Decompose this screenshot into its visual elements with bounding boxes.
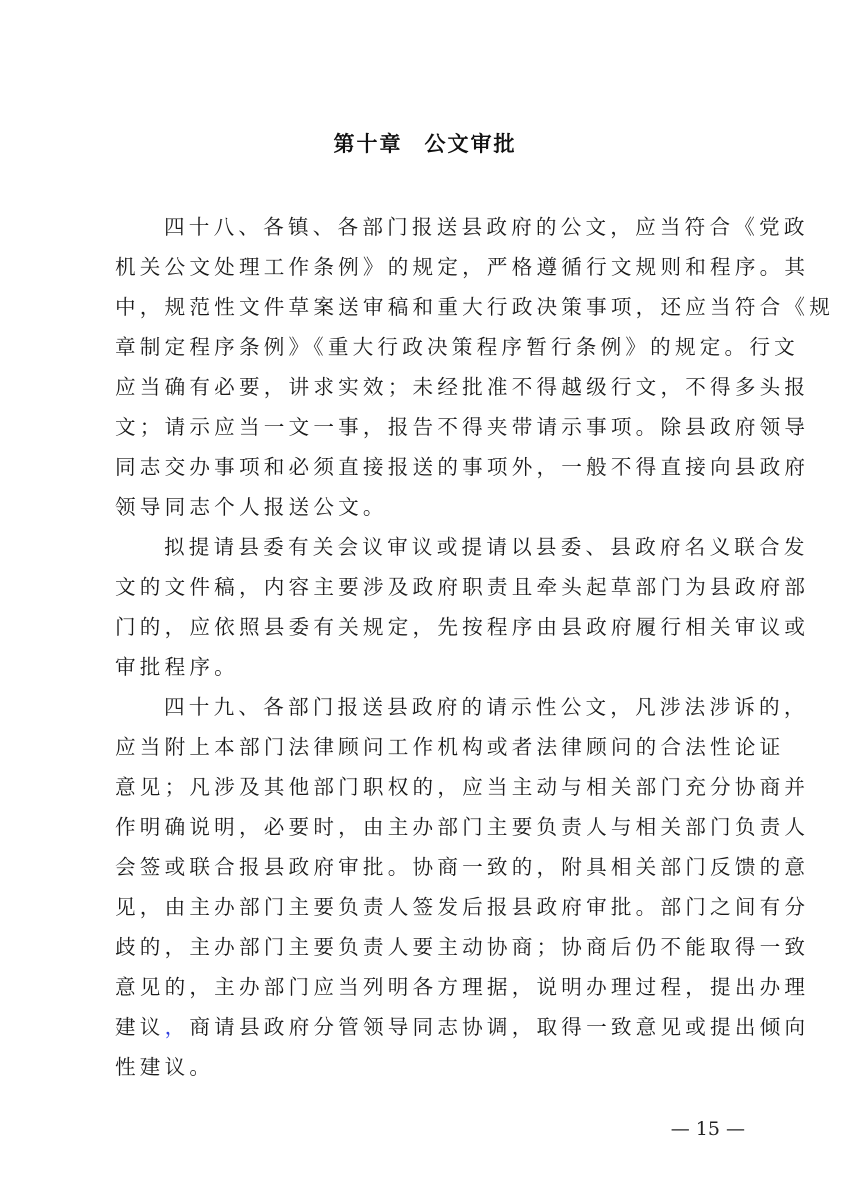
page-number: — 15 — (671, 1118, 745, 1140)
text-line: 中，规范性文件草案送审稿和重大行政决策事项，还应当符合《规 (115, 287, 747, 327)
text-line: 歧的，主办部门主要负责人要主动协商；协商后仍不能取得一致 (115, 927, 747, 967)
text-line: 作明确说明，必要时，由主办部门主要负责人与相关部门负责人 (115, 807, 747, 847)
text-line: 会签或联合报县政府审批。协商一致的，附具相关部门反馈的意 (115, 847, 747, 887)
text-line: 四十八、各镇、各部门报送县政府的公文，应当符合《党政 (115, 207, 747, 247)
text-line: 文；请示应当一文一事，报告不得夹带请示事项。除县政府领导 (115, 407, 747, 447)
text-line: 应当附上本部门法律顾问工作机构或者法律顾问的合法性论证 (115, 727, 747, 767)
text-line: 见，由主办部门主要负责人签发后报县政府审批。部门之间有分 (115, 887, 747, 927)
text-line: 审批程序。 (115, 647, 747, 687)
text-line: 同志交办事项和必须直接报送的事项外，一般不得直接向县政府 (115, 447, 747, 487)
chapter-name: 公文审批 (425, 132, 517, 156)
chapter-title: 第十章公文审批 (0, 128, 850, 158)
text-line: 领导同志个人报送公文。 (115, 487, 747, 527)
text-line: 四十九、各部门报送县政府的请示性公文，凡涉法涉诉的， (115, 687, 747, 727)
paragraph-49: 四十九、各部门报送县政府的请示性公文，凡涉法涉诉的， 应当附上本部门法律顾问工作… (115, 687, 747, 1087)
paragraph-48: 四十八、各镇、各部门报送县政府的公文，应当符合《党政 机关公文处理工作条例》的规… (115, 207, 747, 527)
document-page: 第十章公文审批 四十八、各镇、各部门报送县政府的公文，应当符合《党政 机关公文处… (0, 0, 850, 1200)
text-fragment: 建议 (115, 1015, 165, 1039)
text-line: 拟提请县委有关会议审议或提请以县委、县政府名义联合发 (115, 527, 747, 567)
text-line: 意见的，主办部门应当列明各方理据，说明办理过程，提出办理 (115, 967, 747, 1007)
text-line: 性建议。 (115, 1047, 747, 1087)
paragraph-joint-submission: 拟提请县委有关会议审议或提请以县委、县政府名义联合发 文的文件稿，内容主要涉及政… (115, 527, 747, 687)
chapter-number: 第十章 (334, 132, 403, 156)
text-line: 意见；凡涉及其他部门职权的，应当主动与相关部门充分协商并 (115, 767, 747, 807)
highlighted-comma: ， (165, 1015, 190, 1039)
text-line: 门的，应依照县委有关规定，先按程序由县政府履行相关审议或 (115, 607, 747, 647)
body-text: 四十八、各镇、各部门报送县政府的公文，应当符合《党政 机关公文处理工作条例》的规… (115, 207, 747, 1087)
text-line: 章制定程序条例》《重大行政决策程序暂行条例》的规定。行文 (115, 327, 747, 367)
text-fragment: 商请县政府分管领导同志协调，取得一致意见或提出倾向 (189, 1015, 809, 1039)
text-line: 机关公文处理工作条例》的规定，严格遵循行文规则和程序。其 (115, 247, 747, 287)
text-line: 建议，商请县政府分管领导同志协调，取得一致意见或提出倾向 (115, 1007, 747, 1047)
text-line: 应当确有必要，讲求实效；未经批准不得越级行文，不得多头报 (115, 367, 747, 407)
text-line: 文的文件稿，内容主要涉及政府职责且牵头起草部门为县政府部 (115, 567, 747, 607)
